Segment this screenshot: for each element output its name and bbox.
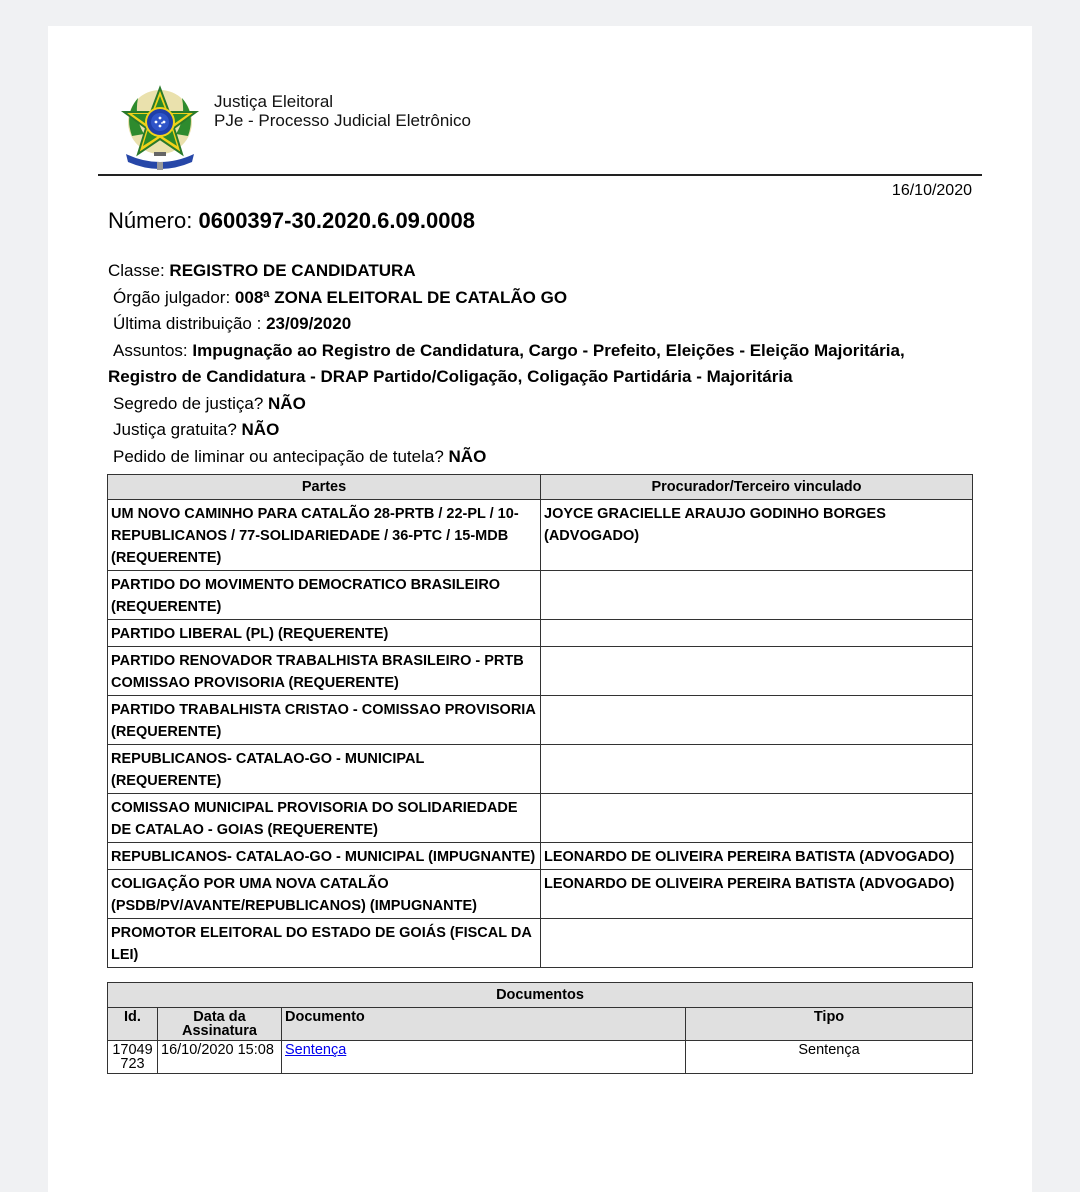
partes-header: Partes	[108, 475, 541, 500]
orgao-line: Órgão julgador: 008ª ZONA ELEITORAL DE C…	[108, 285, 988, 312]
partes-row: PARTIDO TRABALHISTA CRISTAO - COMISSAO P…	[108, 696, 973, 745]
documentos-header-row: Id. Data da Assinatura Documento Tipo	[108, 1008, 973, 1041]
procurador-cell	[541, 745, 973, 794]
classe-line: Classe: REGISTRO DE CANDIDATURA	[108, 258, 988, 285]
procurador-cell: LEONARDO DE OLIVEIRA PEREIRA BATISTA (AD…	[541, 843, 973, 870]
assuntos-value-2: Registro de Candidatura - DRAP Partido/C…	[108, 367, 793, 386]
assuntos-line: Assuntos: Impugnação ao Registro de Cand…	[108, 338, 988, 365]
data-header-line2: Assinatura	[161, 1024, 278, 1038]
documentos-title-row: Documentos	[108, 983, 973, 1008]
parte-cell: PARTIDO RENOVADOR TRABALHISTA BRASILEIRO…	[108, 647, 541, 696]
partes-row: REPUBLICANOS- CATALAO-GO - MUNICIPAL (RE…	[108, 745, 973, 794]
partes-row: UM NOVO CAMINHO PARA CATALÃO 28-PRTB / 2…	[108, 500, 973, 571]
assuntos-value-1: Impugnação ao Registro de Candidatura, C…	[192, 341, 904, 360]
org-name: Justiça Eleitoral	[214, 92, 471, 111]
procurador-cell: JOYCE GRACIELLE ARAUJO GODINHO BORGES (A…	[541, 500, 973, 571]
documento-header: Documento	[282, 1008, 686, 1041]
liminar-line: Pedido de liminar ou antecipação de tute…	[108, 444, 988, 471]
partes-row: REPUBLICANOS- CATALAO-GO - MUNICIPAL (IM…	[108, 843, 973, 870]
orgao-label: Órgão julgador:	[113, 288, 230, 307]
segredo-label: Segredo de justiça?	[113, 394, 263, 413]
system-name: PJe - Processo Judicial Eletrônico	[214, 111, 471, 130]
brazil-coat-of-arms-icon	[118, 84, 202, 172]
partes-header-row: Partes Procurador/Terceiro vinculado	[108, 475, 973, 500]
tipo-header: Tipo	[686, 1008, 973, 1041]
header-divider	[98, 174, 982, 176]
assuntos-label: Assuntos:	[113, 341, 188, 360]
data-header-line1: Data da	[161, 1010, 278, 1024]
procurador-cell	[541, 620, 973, 647]
document-header: Justiça Eleitoral PJe - Processo Judicia…	[118, 84, 518, 174]
documentos-title: Documentos	[108, 983, 973, 1008]
partes-row: PARTIDO LIBERAL (PL) (REQUERENTE)	[108, 620, 973, 647]
classe-value: REGISTRO DE CANDIDATURA	[169, 261, 415, 280]
partes-row: COLIGAÇÃO POR UMA NOVA CATALÃO (PSDB/PV/…	[108, 870, 973, 919]
segredo-value: NÃO	[268, 394, 306, 413]
parte-cell: REPUBLICANOS- CATALAO-GO - MUNICIPAL (IM…	[108, 843, 541, 870]
procurador-cell	[541, 794, 973, 843]
documento-id-line1: 17049	[111, 1043, 154, 1057]
process-number-label: Número:	[108, 208, 192, 233]
documento-id-line2: 723	[111, 1057, 154, 1071]
gratuita-label: Justiça gratuita?	[113, 420, 237, 439]
procurador-cell: LEONARDO DE OLIVEIRA PEREIRA BATISTA (AD…	[541, 870, 973, 919]
document-page: Justiça Eleitoral PJe - Processo Judicia…	[48, 26, 1032, 1192]
procurador-cell	[541, 696, 973, 745]
distribuicao-label: Última distribuição :	[113, 314, 261, 333]
header-text: Justiça Eleitoral PJe - Processo Judicia…	[214, 92, 471, 130]
procurador-cell	[541, 647, 973, 696]
parte-cell: PARTIDO TRABALHISTA CRISTAO - COMISSAO P…	[108, 696, 541, 745]
procurador-cell	[541, 919, 973, 968]
assuntos-line-2: Registro de Candidatura - DRAP Partido/C…	[108, 364, 988, 391]
liminar-value: NÃO	[449, 447, 487, 466]
documentos-table: Documentos Id. Data da Assinatura Docume…	[107, 982, 973, 1074]
process-number-value: 0600397-30.2020.6.09.0008	[198, 208, 474, 233]
liminar-label: Pedido de liminar ou antecipação de tute…	[113, 447, 444, 466]
documento-link[interactable]: Sentença	[285, 1042, 346, 1058]
classe-label: Classe:	[108, 261, 165, 280]
parte-cell: PARTIDO LIBERAL (PL) (REQUERENTE)	[108, 620, 541, 647]
procurador-header: Procurador/Terceiro vinculado	[541, 475, 973, 500]
parte-cell: PROMOTOR ELEITORAL DO ESTADO DE GOIÁS (F…	[108, 919, 541, 968]
process-number: Número: 0600397-30.2020.6.09.0008	[108, 208, 475, 234]
partes-row: PARTIDO DO MOVIMENTO DEMOCRATICO BRASILE…	[108, 571, 973, 620]
document-date: 16/10/2020	[892, 182, 972, 200]
parte-cell: COLIGAÇÃO POR UMA NOVA CATALÃO (PSDB/PV/…	[108, 870, 541, 919]
partes-row: PROMOTOR ELEITORAL DO ESTADO DE GOIÁS (F…	[108, 919, 973, 968]
parte-cell: PARTIDO DO MOVIMENTO DEMOCRATICO BRASILE…	[108, 571, 541, 620]
parte-cell: REPUBLICANOS- CATALAO-GO - MUNICIPAL (RE…	[108, 745, 541, 794]
gratuita-line: Justiça gratuita? NÃO	[108, 417, 988, 444]
segredo-line: Segredo de justiça? NÃO	[108, 391, 988, 418]
partes-table: Partes Procurador/Terceiro vinculado UM …	[107, 474, 973, 968]
documento-row: 17049 723 16/10/2020 15:08 Sentença Sent…	[108, 1041, 973, 1074]
parte-cell: COMISSAO MUNICIPAL PROVISORIA DO SOLIDAR…	[108, 794, 541, 843]
orgao-value: 008ª ZONA ELEITORAL DE CATALÃO GO	[235, 288, 567, 307]
parte-cell: UM NOVO CAMINHO PARA CATALÃO 28-PRTB / 2…	[108, 500, 541, 571]
gratuita-value: NÃO	[242, 420, 280, 439]
distribuicao-line: Última distribuição : 23/09/2020	[108, 311, 988, 338]
data-assinatura-header: Data da Assinatura	[158, 1008, 282, 1041]
documento-data: 16/10/2020 15:08	[158, 1041, 282, 1074]
documento-id: 17049 723	[108, 1041, 158, 1074]
partes-row: COMISSAO MUNICIPAL PROVISORIA DO SOLIDAR…	[108, 794, 973, 843]
partes-row: PARTIDO RENOVADOR TRABALHISTA BRASILEIRO…	[108, 647, 973, 696]
documento-cell: Sentença	[282, 1041, 686, 1074]
procurador-cell	[541, 571, 973, 620]
distribuicao-value: 23/09/2020	[266, 314, 351, 333]
id-header: Id.	[108, 1008, 158, 1041]
process-metadata: Classe: REGISTRO DE CANDIDATURA Órgão ju…	[108, 258, 988, 470]
documento-tipo: Sentença	[686, 1041, 973, 1074]
